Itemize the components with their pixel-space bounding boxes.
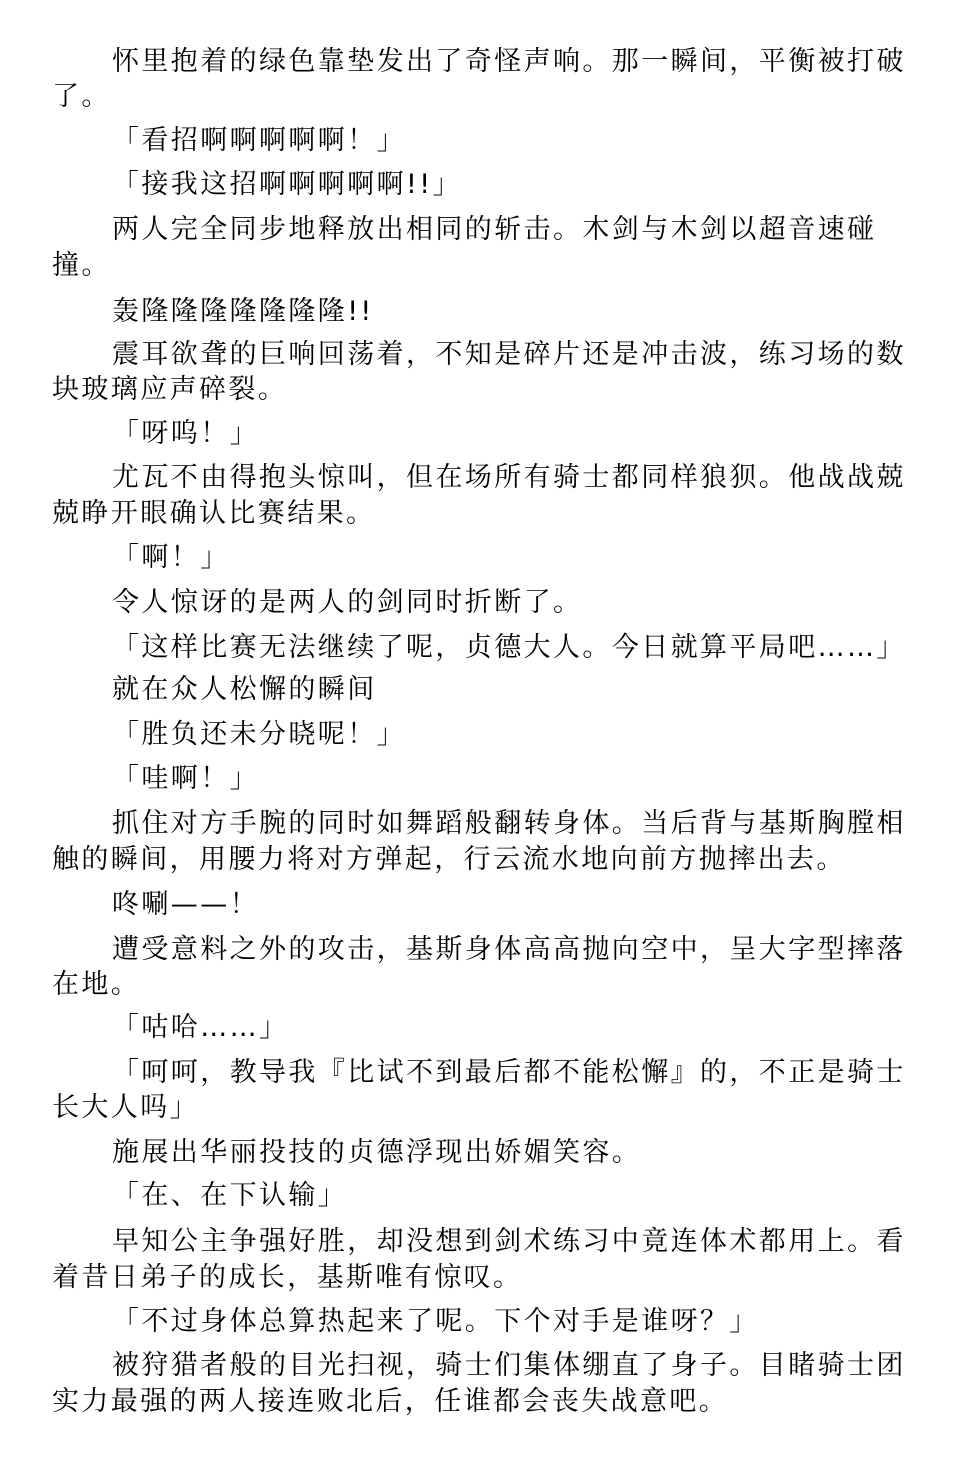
dialogue-line: 「啊！」 — [112, 540, 974, 576]
paragraph-line: 两人完全同步地释放出相同的斩击。木剑与木剑以超音速碰 — [112, 212, 974, 248]
sfx-line: 轰隆隆隆隆隆隆隆!! — [112, 294, 974, 330]
paragraph-line: 遭受意料之外的攻击，基斯身体高高抛向空中，呈大字型摔落 — [112, 932, 974, 968]
document-page: 怀里抱着的绿色靠垫发出了奇怪声响。那一瞬间，平衡被打破 了。 「看招啊啊啊啊啊！… — [0, 0, 974, 1459]
paragraph-line: 怀里抱着的绿色靠垫发出了奇怪声响。那一瞬间，平衡被打破 — [112, 44, 974, 80]
dialogue-line: 「接我这招啊啊啊啊啊!!」 — [112, 167, 974, 203]
dialogue-line: 「看招啊啊啊啊啊！」 — [112, 123, 974, 159]
paragraph-line: 施展出华丽投技的贞德浮现出娇媚笑容。 — [112, 1135, 974, 1171]
dialogue-line: 「这样比赛无法继续了呢，贞德大人。今日就算平局吧……」 — [112, 630, 974, 666]
dialogue-line: 「不过身体总算热起来了呢。下个对手是谁呀？」 — [112, 1304, 974, 1340]
paragraph-line: 尤瓦不由得抱头惊叫，但在场所有骑士都同样狼狈。他战战兢 — [112, 460, 974, 496]
paragraph-line: 着昔日弟子的成长，基斯唯有惊叹。 — [52, 1260, 932, 1296]
paragraph-line: 触的瞬间，用腰力将对方弹起，行云流水地向前方抛摔出去。 — [52, 842, 932, 878]
paragraph-line: 抓住对方手腕的同时如舞蹈般翻转身体。当后背与基斯胸膛相 — [112, 806, 974, 842]
paragraph-line: 早知公主争强好胜，却没想到剑术练习中竟连体术都用上。看 — [112, 1224, 974, 1260]
paragraph-line: 了。 — [52, 79, 932, 115]
dialogue-line: 「呀呜！」 — [112, 416, 974, 452]
dialogue-line: 「呵呵，教导我『比试不到最后都不能松懈』的，不正是骑士 — [112, 1055, 974, 1091]
paragraph-line: 被狩猎者般的目光扫视，骑士们集体绷直了身子。目睹骑士团 — [112, 1348, 974, 1384]
dialogue-line: 「哇啊！」 — [112, 761, 974, 797]
paragraph-line: 兢睁开眼确认比赛结果。 — [52, 496, 932, 532]
paragraph-line: 实力最强的两人接连败北后，任谁都会丧失战意吧。 — [52, 1384, 932, 1420]
sfx-line: 咚唰——！ — [112, 887, 974, 923]
paragraph-line: 就在众人松懈的瞬间 — [112, 672, 974, 708]
dialogue-line: 「咕哈……」 — [112, 1010, 974, 1046]
dialogue-line: 长大人吗」 — [52, 1090, 932, 1126]
paragraph-line: 震耳欲聋的巨响回荡着，不知是碎片还是冲击波，练习场的数 — [112, 337, 974, 373]
paragraph-line: 令人惊讶的是两人的剑同时折断了。 — [112, 585, 974, 621]
paragraph-line: 撞。 — [52, 248, 932, 284]
dialogue-line: 「胜负还未分晓呢！」 — [112, 717, 974, 753]
paragraph-line: 在地。 — [52, 967, 932, 1003]
dialogue-line: 「在、在下认输」 — [112, 1178, 974, 1214]
paragraph-line: 块玻璃应声碎裂。 — [52, 372, 932, 408]
